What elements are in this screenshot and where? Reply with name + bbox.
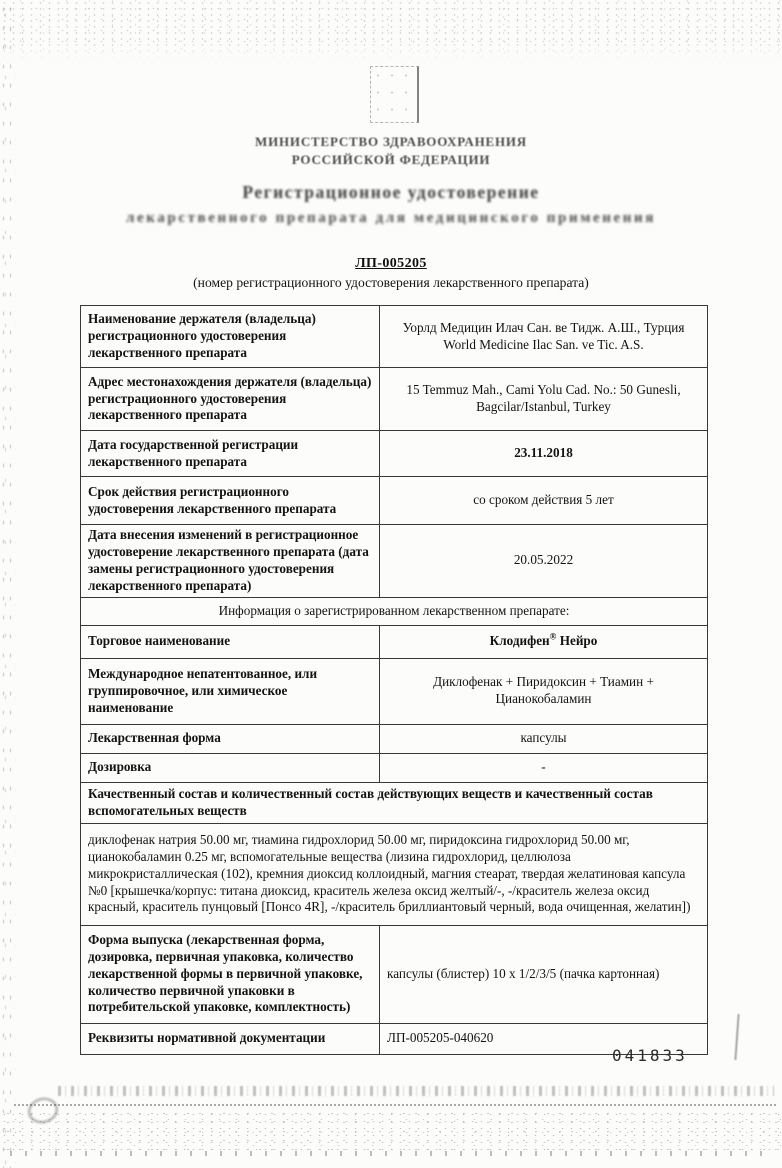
row-label: Дата государственной регистрации лекарст… <box>81 431 380 477</box>
row-composition: диклофенак натрия 50.00 мг, тиамина гидр… <box>81 823 708 925</box>
row-value: - <box>380 753 708 782</box>
composition-text: диклофенак натрия 50.00 мг, тиамина гидр… <box>81 823 708 925</box>
row-label: Наименование держателя (владельца) регис… <box>81 306 380 368</box>
ministry-header: МИНИСТЕРСТВО ЗДРАВООХРАНЕНИЯ РОССИЙСКОЙ … <box>0 133 782 170</box>
serial-number: 041833 <box>612 1046 688 1065</box>
row-info-section-header: Информация о зарегистрированном лекарств… <box>81 597 708 625</box>
ministry-line2: РОССИЙСКОЙ ФЕДЕРАЦИИ <box>0 151 782 169</box>
row-value: Клодифен® Нейро <box>380 625 708 658</box>
row-label: Срок действия регистрационного удостовер… <box>81 477 380 525</box>
row-trade-name: Торговое наименование Клодифен® Нейро <box>81 625 708 658</box>
row-label: Торговое наименование <box>81 625 380 658</box>
scan-stray-mark <box>734 1014 739 1060</box>
row-value: Диклофенак + Пиридоксин + Тиамин + Циано… <box>380 658 708 724</box>
row-value: 15 Temmuz Mah., Cami Yolu Cad. No.: 50 G… <box>380 368 708 431</box>
scan-noise-top <box>0 0 782 60</box>
row-holder-name: Наименование держателя (владельца) регис… <box>81 306 708 368</box>
row-dosage: Дозировка - <box>81 753 708 782</box>
row-composition-header: Качественный состав и количественный сос… <box>81 782 708 823</box>
row-label: Международное непатентованное, или групп… <box>81 658 380 724</box>
row-label: Форма выпуска (лекарственная форма, дози… <box>81 925 380 1023</box>
row-label: Дата внесения изменений в регистрационно… <box>81 525 380 598</box>
coat-of-arms-emblem <box>370 66 419 123</box>
scan-noise-left-edge <box>0 0 16 1168</box>
row-label: Дозировка <box>81 753 380 782</box>
row-value: со сроком действия 5 лет <box>380 477 708 525</box>
row-value: Уорлд Медицин Илач Сан. ве Тидж. А.Ш., Т… <box>380 306 708 368</box>
row-inn-name: Международное непатентованное, или групп… <box>81 658 708 724</box>
row-registration-date: Дата государственной регистрации лекарст… <box>81 431 708 477</box>
row-release-form: Форма выпуска (лекарственная форма, дози… <box>81 925 708 1023</box>
scan-dotted-row <box>10 1151 770 1156</box>
row-label: Лекарственная форма <box>81 724 380 753</box>
registration-number: ЛП-005205 <box>0 256 782 272</box>
row-validity-period: Срок действия регистрационного удостовер… <box>81 477 708 525</box>
row-value: 20.05.2022 <box>380 525 708 598</box>
registration-table: Наименование держателя (владельца) регис… <box>80 305 708 1055</box>
row-dosage-form: Лекарственная форма капсулы <box>81 724 708 753</box>
row-value: 23.11.2018 <box>380 431 708 477</box>
registered-trademark-symbol: ® <box>550 632 557 642</box>
scan-noise-bottom <box>0 1108 782 1150</box>
scanned-certificate-page: МИНИСТЕРСТВО ЗДРАВООХРАНЕНИЯ РОССИЙСКОЙ … <box>0 0 782 1168</box>
row-label: Адрес местонахождения держателя (владель… <box>81 368 380 431</box>
section-header-text: Информация о зарегистрированном лекарств… <box>81 597 708 625</box>
document-title-line1: Регистрационное удостоверение <box>0 182 782 203</box>
row-value: капсулы (блистер) 10 х 1/2/3/5 (пачка ка… <box>380 925 708 1023</box>
registration-number-caption: (номер регистрационного удостоверения ле… <box>0 275 782 291</box>
composition-header-text: Качественный состав и количественный сос… <box>81 782 708 823</box>
scan-dashed-line <box>14 1104 776 1106</box>
row-holder-address: Адрес местонахождения держателя (владель… <box>81 368 708 431</box>
row-value: капсулы <box>380 724 708 753</box>
document-title-line2: лекарственного препарата для медицинског… <box>0 210 782 227</box>
row-amendment-date: Дата внесения изменений в регистрационно… <box>81 525 708 598</box>
scan-smudged-text-line <box>58 1086 774 1096</box>
ministry-line1: МИНИСТЕРСТВО ЗДРАВООХРАНЕНИЯ <box>0 133 782 151</box>
trade-name-suffix: Нейро <box>560 633 598 648</box>
row-label: Реквизиты нормативной документации <box>81 1023 380 1054</box>
trade-name: Клодифен <box>490 633 550 648</box>
